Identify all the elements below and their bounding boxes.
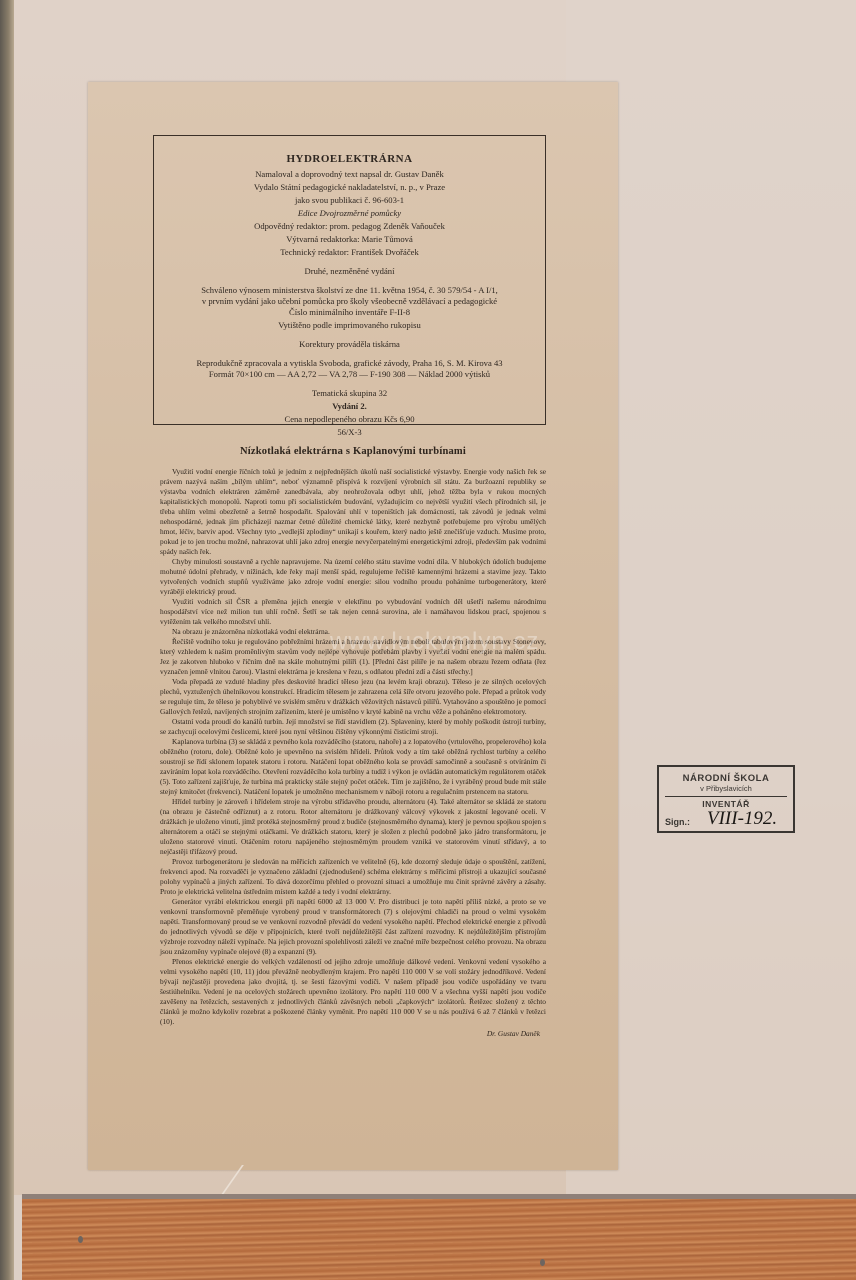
imprint-line: jako svou publikaci č. 96-603-1: [154, 195, 545, 206]
screw-icon: [78, 1236, 83, 1243]
article-paragraph: Kaplanova turbína (3) se skládá z pevnéh…: [160, 737, 546, 797]
thematic-group: Tematická skupina 32: [154, 388, 545, 399]
edition-series: Edice Dvojrozměrné pomůcky: [154, 208, 545, 219]
editor-line: Odpovědný redaktor: prom. pedagog Zdeněk…: [154, 221, 545, 232]
wall-edge: [0, 0, 14, 1280]
printed-from: Vytištěno podle imprimovaného rukopisu: [154, 320, 545, 331]
screw-icon: [540, 1259, 545, 1266]
stamp-school: NÁRODNÍ ŠKOLA: [659, 773, 793, 784]
article-paragraph: Generátor vyrábí elektrickou energii při…: [160, 897, 546, 957]
article: Nízkotlaká elektrárna s Kaplanovými turb…: [160, 447, 546, 1039]
article-paragraph: Přenos elektrické energie do velkých vzd…: [160, 957, 546, 1027]
stamp-place: v Přibyslavicích: [659, 784, 793, 793]
imprint-box: HYDROELEKTRÁRNA Namaloval a doprovodný t…: [153, 135, 546, 425]
article-paragraph: Hřídel turbíny je zároveň i hřídelem str…: [160, 797, 546, 857]
printer-line: Formát 70×100 cm — AA 2,72 — VA 2,78 — F…: [154, 369, 545, 380]
editor-line: Technický redaktor: František Dvořáček: [154, 247, 545, 258]
article-paragraph: Ostatní voda proudí do kanálů turbín. Je…: [160, 717, 546, 737]
wooden-frame-bottom: [22, 1194, 856, 1280]
editor-line: Výtvarná redaktorka: Marie Tůmová: [154, 234, 545, 245]
approval-line: Schváleno výnosem ministerstva školství …: [154, 285, 545, 296]
article-paragraph: Provoz turbogenerátoru je sledován na mě…: [160, 857, 546, 897]
article-heading: Nízkotlaká elektrárna s Kaplanovými turb…: [160, 447, 546, 457]
imprint-line: Namaloval a doprovodný text napsal dr. G…: [154, 169, 545, 180]
imprint-line: Vydalo Státní pedagogické nakladatelství…: [154, 182, 545, 193]
proofs: Korektury prováděla tiskárna: [154, 339, 545, 350]
watermark: www.luckymlyn.cz: [330, 628, 539, 656]
article-paragraph: Chyby minulosti soustavně a rychle napra…: [160, 557, 546, 597]
issue: Vydání 2.: [154, 401, 545, 412]
inventory-stamp: NÁRODNÍ ŠKOLA v Přibyslavicích INVENTÁŘ …: [657, 765, 795, 833]
code: 56/X-3: [154, 427, 545, 438]
article-signature: Dr. Gustav Daněk: [160, 1029, 546, 1039]
edition-note: Druhé, nezměněné vydání: [154, 266, 545, 277]
stamp-inventory-number: VIII-192.: [707, 808, 777, 830]
approval-line: v prvním vydání jako učební pomůcka pro …: [154, 296, 545, 307]
printer-line: Reprodukčně zpracovala a vytiskla Svobod…: [154, 358, 545, 369]
price: Cena nepodlepeného obrazu Kčs 6,90: [154, 414, 545, 425]
article-paragraph: Voda přepadá ze vzduté hladiny přes desk…: [160, 677, 546, 717]
imprint-title: HYDROELEKTRÁRNA: [154, 154, 545, 165]
stamp-sign-label: Sign.:: [665, 817, 690, 827]
article-paragraph: Využití vodní energie říčních toků je je…: [160, 467, 546, 557]
article-paragraph: Využití vodních sil ČSR a přeměna jejich…: [160, 597, 546, 627]
approval-line: Číslo minimálního inventáře F-II-8: [154, 307, 545, 318]
